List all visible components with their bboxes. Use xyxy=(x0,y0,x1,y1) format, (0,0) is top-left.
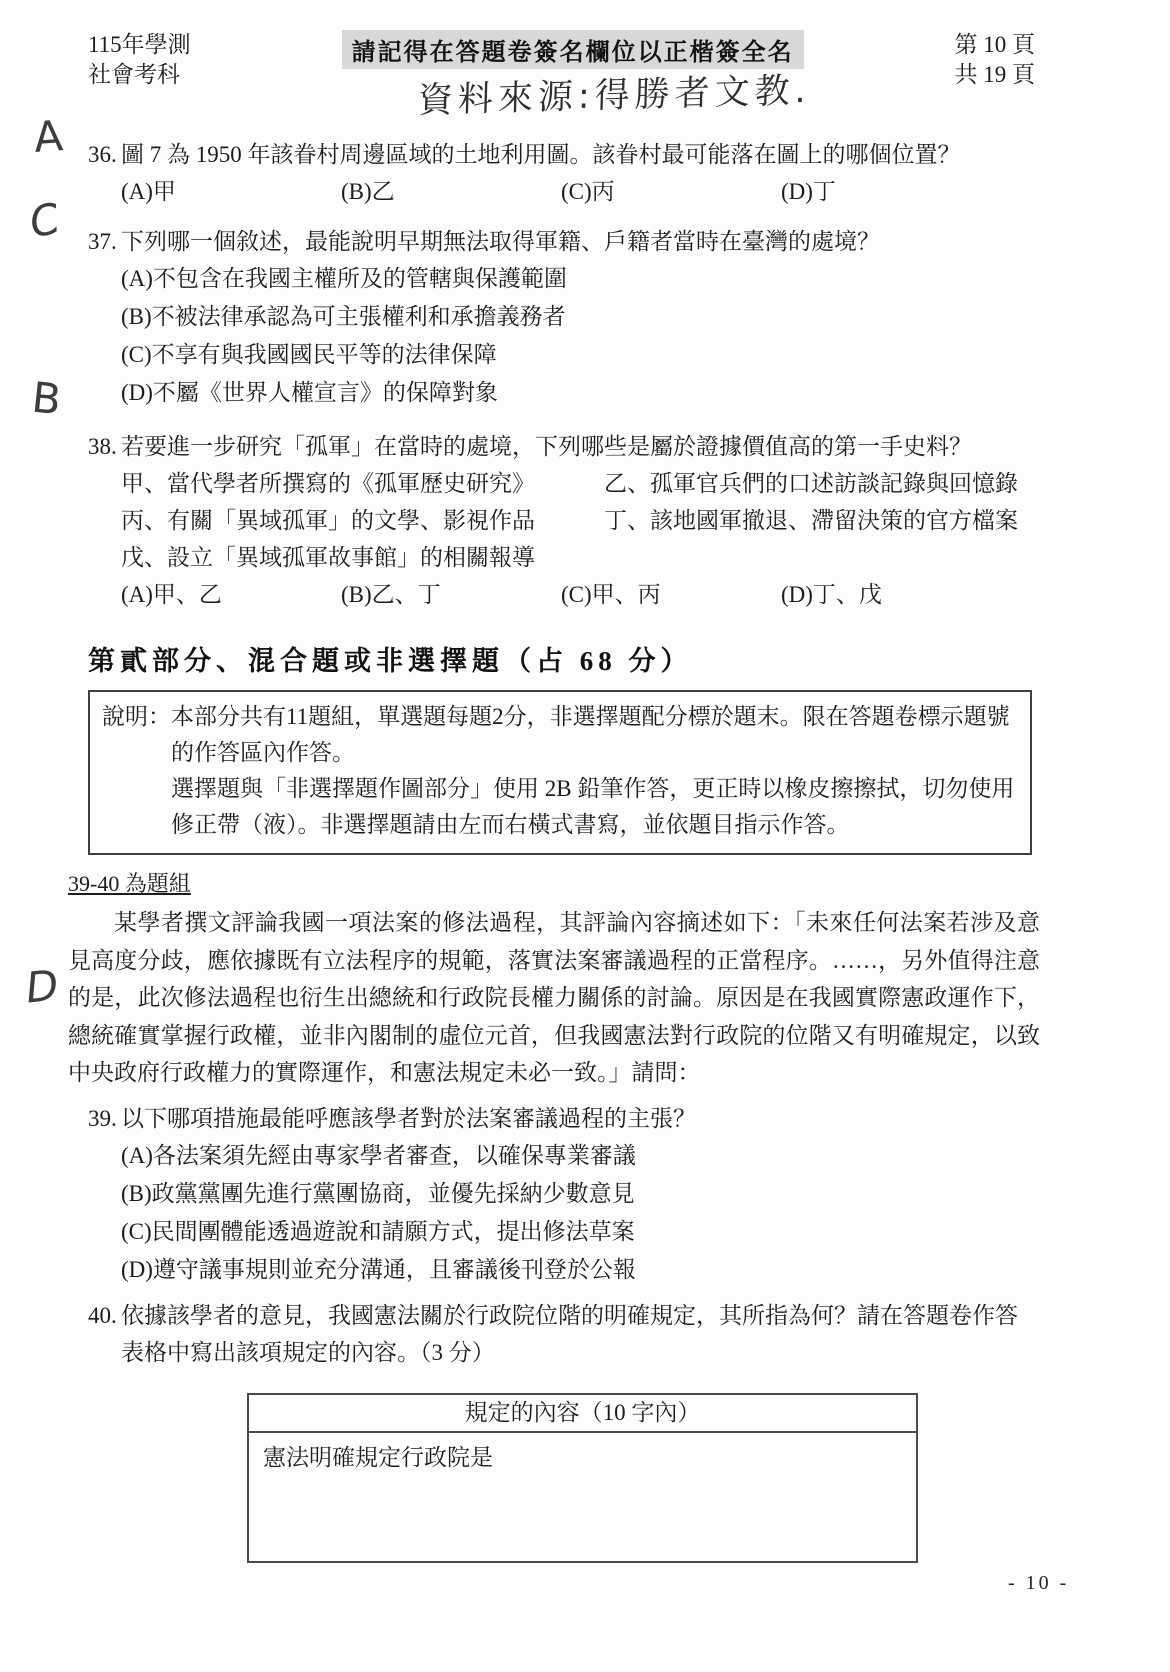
instructions-paragraph-2: 選擇題與「非選擇題作圖部分」使用 2B 鉛筆作答，更正時以橡皮擦擦拭，切勿使用修… xyxy=(171,771,1020,843)
question-37: 37. 下列哪一個敘述，最能說明早期無法取得軍籍、戶籍者當時在臺灣的處境？ (A… xyxy=(88,223,1035,412)
handwritten-source-note: 資料來源:得勝者文教. xyxy=(417,63,811,123)
passage-39-40: 某學者撰文評論我國一項法案的修法過程，其評論內容摘述如下：「未來任何法案若涉及意… xyxy=(68,904,1040,1092)
handwritten-answer-q36: A xyxy=(33,115,65,159)
question-37-options: (A)不包含在我國主權所及的管轄與保護範圍 (B)不被法律承認為可主張權利和承擔… xyxy=(121,260,1035,412)
question-38-items-row1: 甲、當代學者所撰寫的《孤軍歷史研究》 乙、孤軍官兵們的口述訪談記錄與回憶錄 xyxy=(121,465,1035,502)
header-left: 115年學測 社會考科 xyxy=(88,30,191,90)
signature-notice: 請記得在答題卷簽名欄位以正楷簽全名 xyxy=(342,30,804,69)
footer-page-number: - 10 - xyxy=(1008,1572,1069,1595)
option-d: (D)丁、戊 xyxy=(781,576,1001,613)
option-b: (B)不被法律承認為可主張權利和承擔義務者 xyxy=(121,298,1035,336)
question-40: 40. 依據該學者的意見，我國憲法關於行政院位階的明確規定，其所指為何？請在答題… xyxy=(88,1297,1035,1371)
question-39: 39. 以下哪項措施最能呼應該學者對於法案審議過程的主張？ (A)各法案須先經由… xyxy=(88,1100,1035,1289)
option-c: (C)甲、丙 xyxy=(561,576,781,613)
option-d: (D)遵守議事規則並充分溝通，且審議後刊登於公報 xyxy=(121,1251,1035,1289)
instructions-paragraph-1: 本部分共有11題組，單選題每題2分，非選擇題配分標於題末。限在答題卷標示題號的作… xyxy=(171,699,1020,771)
item-ding: 丁、該地國軍撤退、滯留決策的官方檔案 xyxy=(604,502,1035,539)
question-37-stem: 下列哪一個敘述，最能說明早期無法取得軍籍、戶籍者當時在臺灣的處境？ xyxy=(121,223,1035,260)
section-2-title: 第貳部分、混合題或非選擇題（占 68 分） xyxy=(88,639,1035,678)
instructions-label: 說明： xyxy=(102,699,171,843)
question-39-stem: 以下哪項措施最能呼應該學者對於法案審議過程的主張？ xyxy=(121,1100,1035,1137)
item-bing: 丙、有關「異域孤軍」的文學、影視作品 xyxy=(121,502,604,539)
question-36-options: (A)甲 (B)乙 (C)丙 (D)丁 xyxy=(121,173,1035,210)
header-right: 第 10 頁 共 19 頁 xyxy=(955,30,1036,90)
question-38: 38. 若要進一步研究「孤軍」在當時的處境，下列哪些是屬於證據價值高的第一手史料… xyxy=(88,428,1035,613)
answer-table: 規定的內容（10 字內） 憲法明確規定行政院是 xyxy=(247,1393,918,1563)
instructions-box: 說明： 本部分共有11題組，單選題每題2分，非選擇題配分標於題末。限在答題卷標示… xyxy=(88,690,1032,855)
question-37-number: 37. xyxy=(88,223,117,260)
question-39-options: (A)各法案須先經由專家學者審查，以確保專業審議 (B)政黨黨團先進行黨團協商，… xyxy=(121,1137,1035,1289)
question-40-stem: 依據該學者的意見，我國憲法關於行政院位階的明確規定，其所指為何？請在答題卷作答表… xyxy=(121,1297,1035,1371)
answer-table-header: 規定的內容（10 字內） xyxy=(249,1395,916,1433)
item-yi: 乙、孤軍官兵們的口述訪談記錄與回憶錄 xyxy=(604,465,1035,502)
question-38-stem: 若要進一步研究「孤軍」在當時的處境，下列哪些是屬於證據價值高的第一手史料？ xyxy=(121,428,1035,465)
option-c: (C)不享有與我國國民平等的法律保障 xyxy=(121,336,1035,374)
option-b: (B)政黨黨團先進行黨團協商，並優先採納少數意見 xyxy=(121,1175,1035,1213)
question-39-number: 39. xyxy=(88,1100,117,1137)
option-a: (A)甲、乙 xyxy=(121,576,341,613)
option-b: (B)乙、丁 xyxy=(341,576,561,613)
page-label: 第 10 頁 xyxy=(955,30,1036,60)
question-38-items-row2: 丙、有關「異域孤軍」的文學、影視作品 丁、該地國軍撤退、滯留決策的官方檔案 xyxy=(121,502,1035,539)
option-c: (C)丙 xyxy=(561,173,781,210)
handwritten-answer-q38: B xyxy=(30,377,63,422)
question-40-number: 40. xyxy=(88,1297,117,1334)
item-wu: 戊、設立「異域孤軍故事館」的相關報導 xyxy=(121,539,1035,576)
instructions-body: 本部分共有11題組，單選題每題2分，非選擇題配分標於題末。限在答題卷標示題號的作… xyxy=(171,699,1020,843)
option-a: (A)不包含在我國主權所及的管轄與保護範圍 xyxy=(121,260,1035,298)
exam-page: 115年學測 社會考科 請記得在答題卷簽名欄位以正楷簽全名 第 10 頁 共 1… xyxy=(0,0,1170,1672)
answer-table-body: 憲法明確規定行政院是 xyxy=(249,1433,916,1561)
question-36: 36. 圖 7 為 1950 年該眷村周邊區域的土地利用圖。該眷村最可能落在圖上… xyxy=(88,136,1035,210)
option-d: (D)丁 xyxy=(781,173,1001,210)
handwritten-answer-q37: C xyxy=(26,197,63,244)
question-38-number: 38. xyxy=(88,428,117,465)
option-a: (A)各法案須先經由專家學者審查，以確保專業審議 xyxy=(121,1137,1035,1175)
option-a: (A)甲 xyxy=(121,173,341,210)
question-36-number: 36. xyxy=(88,136,117,173)
option-c: (C)民間團體能透過遊說和請願方式，提出修法草案 xyxy=(121,1213,1035,1251)
question-38-options: (A)甲、乙 (B)乙、丁 (C)甲、丙 (D)丁、戊 xyxy=(121,576,1035,613)
option-d: (D)不屬《世界人權宣言》的保障對象 xyxy=(121,374,1035,412)
total-pages-label: 共 19 頁 xyxy=(955,60,1036,90)
question-group-label: 39-40 為題組 xyxy=(68,867,1035,898)
subject-name: 社會考科 xyxy=(88,60,191,90)
handwritten-answer-q39: D xyxy=(24,964,61,1009)
item-jia: 甲、當代學者所撰寫的《孤軍歷史研究》 xyxy=(121,465,604,502)
exam-year: 115年學測 xyxy=(88,30,191,60)
option-b: (B)乙 xyxy=(341,173,561,210)
question-36-stem: 圖 7 為 1950 年該眷村周邊區域的土地利用圖。該眷村最可能落在圖上的哪個位… xyxy=(121,136,1035,173)
